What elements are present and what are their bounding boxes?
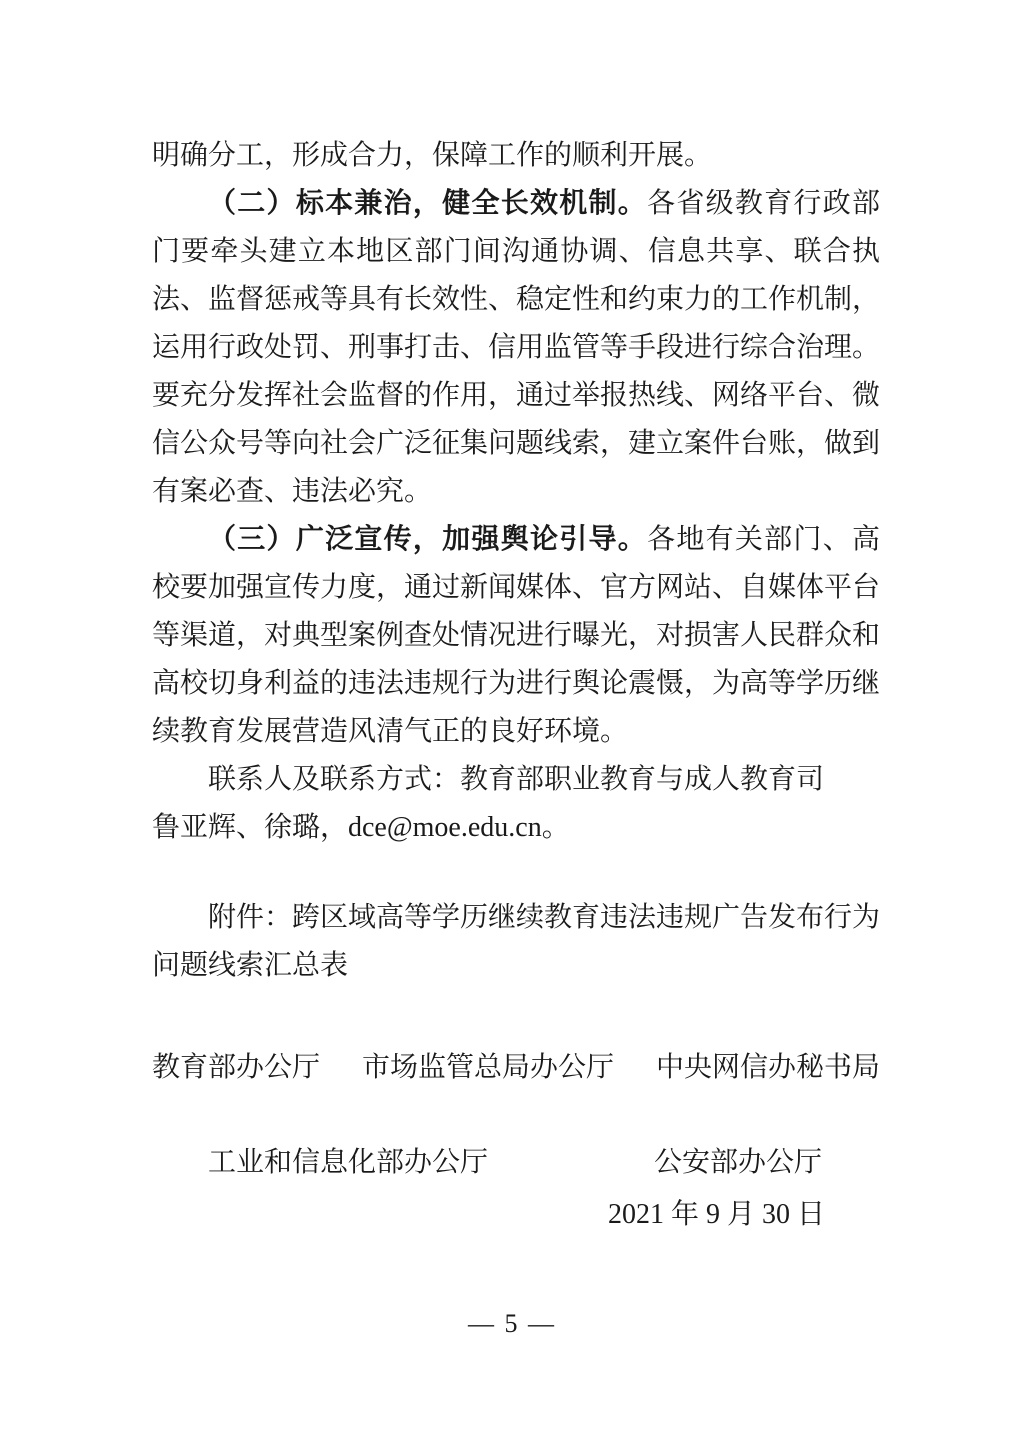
paragraph-section-2: （二）标本兼治，健全长效机制。各省级教育行政部门要牵头建立本地区部门间沟通协调、… (152, 180, 880, 516)
signature-org-moe: 教育部办公厅 (152, 1044, 320, 1092)
contact-line-1: 联系人及联系方式：教育部职业教育与成人教育司 (152, 756, 880, 804)
section-2-text: 各省级教育行政部门要牵头建立本地区部门间沟通协调、信息共享、联合执法、监督惩戒等… (152, 188, 880, 507)
signature-org-mps: 公安部办公厅 (654, 1139, 822, 1187)
signature-org-miit: 工业和信息化部办公厅 (208, 1139, 488, 1187)
signature-date: 2021 年 9 月 30 日 (152, 1191, 880, 1239)
paragraph-continuation: 明确分工，形成合力，保障工作的顺利开展。 (152, 132, 880, 180)
attachment-line-1: 附件：跨区域高等学历继续教育违法违规广告发布行为 (152, 894, 880, 942)
signature-row-1: 教育部办公厅 市场监管总局办公厅 中央网信办秘书局 (152, 1044, 880, 1092)
signature-org-cac: 中央网信办秘书局 (656, 1044, 880, 1092)
attachment-block: 附件：跨区域高等学历继续教育违法违规广告发布行为 问题线索汇总表 (152, 894, 880, 990)
document-body: 明确分工，形成合力，保障工作的顺利开展。 （二）标本兼治，健全长效机制。各省级教… (152, 132, 880, 1239)
section-3-heading: （三）广泛宣传，加强舆论引导。 (208, 524, 647, 555)
document-page: 明确分工，形成合力，保障工作的顺利开展。 （二）标本兼治，健全长效机制。各省级教… (0, 0, 1024, 1447)
contact-line-2: 鲁亚辉、徐璐，dce@moe.edu.cn。 (152, 804, 880, 852)
signature-row-2: 工业和信息化部办公厅 公安部办公厅 (152, 1139, 880, 1187)
section-2-heading: （二）标本兼治，健全长效机制。 (208, 188, 647, 219)
paragraph-section-3: （三）广泛宣传，加强舆论引导。各地有关部门、高校要加强宣传力度，通过新闻媒体、官… (152, 516, 880, 756)
section-3-text: 各地有关部门、高校要加强宣传力度，通过新闻媒体、官方网站、自媒体平台等渠道，对典… (152, 524, 880, 747)
signature-org-samr: 市场监管总局办公厅 (362, 1044, 614, 1092)
page-number-footer: — 5 — (0, 1300, 1024, 1348)
attachment-line-2: 问题线索汇总表 (152, 942, 880, 990)
